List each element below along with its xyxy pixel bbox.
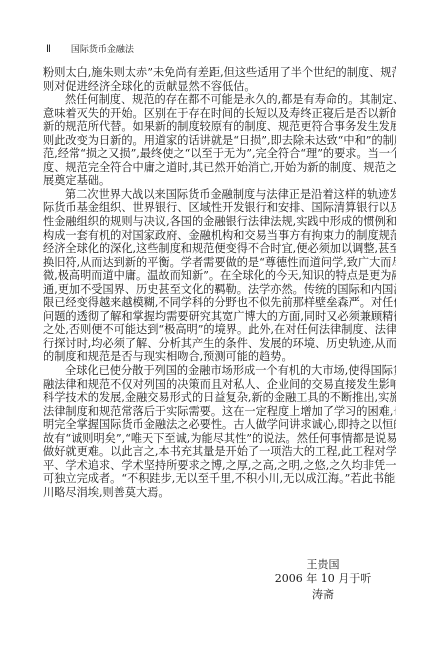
text-line: 限已经变得越来越模糊,不同学科的分野也不似先前那样壁垒森严。对任何法律	[43, 296, 396, 310]
text-line: 度、规范完全符合中庸之道时,其已然开始消亡,开始为新的制度、规范之产生和发	[43, 161, 396, 175]
text-line: 故有“诚则明矣”,“唯天下至诚,为能尽其性”的说法。然任何事情都是说易行难,	[43, 432, 396, 446]
text-line: 换旧符,从而达到新的平衡。学者需要做的是“尊德性而道问学,致广大而尽精	[43, 256, 396, 270]
text-line: 可独立完成者。“不积跬步,无以至千里,不积小川,无以成江海。”若此书能为小	[43, 472, 396, 486]
text-line: 科学技术的发展,金融交易形式的日益复杂,新的金融工具的不断推出,实施中的	[43, 391, 396, 405]
text-line: 第二次世界大战以来国际货币金融制度与法律正是沿着这样的轨迹发展。国	[43, 188, 396, 202]
text-line: 的制度和规范是否与现实相吻合,预测可能的趋势。	[43, 350, 396, 364]
text-line: 粉则太白,施朱则太赤”未免尚有差距,但这些适用了半个世纪的制度、规范与准	[43, 66, 396, 80]
text-line: 问题的透彻了解和掌握均需要研究其宽广博大的方面,同时又必须兼顾精微细小	[43, 310, 396, 324]
text-line: 经济全球化的深化,这些制度和规范便变得不合时宜,便必须加以调整,甚至新桃	[43, 242, 396, 256]
text-line: 展奠定基础。	[43, 174, 396, 188]
paragraph: 然任何制度、规范的存在都不可能是永久的,都是有寿命的。其制定、实施就意味着灭失的…	[43, 93, 396, 188]
text-line: 新的规范所代替。如果新的制度较原有的制度、规范更符合事务发生发展的规律,	[43, 120, 396, 134]
text-line: 全球化已使分散于列国的金融市场形成一个有机的大市场,使得国际货币金	[43, 364, 396, 378]
text-line: 平、学术追求、学术坚持所要求之博,之厚,之高,之明,之悠,之久均非凭一人之力	[43, 459, 396, 473]
text-line: 行探讨时,均必须了解、分析其产生的条件、发展的环境、历史轨迹,从而判断施行	[43, 337, 396, 351]
paragraph: 全球化已使分散于列国的金融市场形成一个有机的大市场,使得国际货币金融法律和规范不…	[43, 364, 396, 499]
text-line: 融法律和规范不仅对列国的决策而且对私人、企业间的交易直接发生影响。随着	[43, 378, 396, 392]
text-line: 性金融组织的规则与决议,各国的金融银行法律法规,实践中形成的惯例和习惯等	[43, 215, 396, 229]
text-line: 微,极高明而道中庸。温故而知新”。在全球化的今天,知识的特点是更为融会贯	[43, 269, 396, 283]
date-place: 2006 年 10 月于听涛斋	[272, 570, 374, 602]
text-line: 则对促进经济全球化的贡献显然不容低估。	[43, 80, 396, 94]
running-header: Ⅱ 国际货币金融法	[46, 42, 134, 55]
text-line: 做好就更难。以此言之,本书充其量是开始了一项浩大的工程,此工程对学术水	[43, 445, 396, 459]
text-line: 然任何制度、规范的存在都不可能是永久的,都是有寿命的。其制定、实施就	[43, 93, 396, 107]
text-line: 通,更加不受国界、历史甚至文化的羁勒。法学亦然。传统的国际和内国法律的界	[43, 283, 396, 297]
text-line: 则此改变为日新的。用道家的话讲就是“日损”,即去除未达致“中和”的制度和规	[43, 134, 396, 148]
text-line: 明完全掌握国际货币金融法之必要性。古人做学问讲求诚心,即持之以恒的追求,	[43, 418, 396, 432]
text-line: 川略尽涓埃,则善莫大焉。	[43, 486, 396, 500]
book-title: 国际货币金融法	[71, 45, 134, 55]
text-line: 之处,否则便不可能达到“极高明”的境界。此外,在对任何法律制度、法律规范进	[43, 323, 396, 337]
paragraph: 第二次世界大战以来国际货币金融制度与法律正是沿着这样的轨迹发展。国际货币基金组织…	[43, 188, 396, 364]
text-line: 法律制度和规范常落后于实际需要。这在一定程度上增加了学习的困难,也更证	[43, 405, 396, 419]
page-number: Ⅱ	[46, 44, 68, 55]
text-line: 构成一套有机的对国家政府、金融机构和交易当事方有拘束力的制度规范。随着	[43, 229, 396, 243]
text-line: 意味着灭失的开始。区别在于存在时间的长短以及寿终正寝后是否以新的制度、	[43, 107, 396, 121]
preface-body: 粉则太白,施朱则太赤”未免尚有差距,但这些适用了半个世纪的制度、规范与准则对促进…	[43, 66, 396, 500]
text-line: 范,经常“损之又损”,最终使之“以至于无为”,完全符合“理”的要求。当一个制	[43, 147, 396, 161]
paragraph: 粉则太白,施朱则太赤”未免尚有差距,但这些适用了半个世纪的制度、规范与准则对促进…	[43, 66, 396, 93]
text-line: 际货币基金组织、世界银行、区域性开发银行和安排、国际清算银行以及其他区域	[43, 201, 396, 215]
